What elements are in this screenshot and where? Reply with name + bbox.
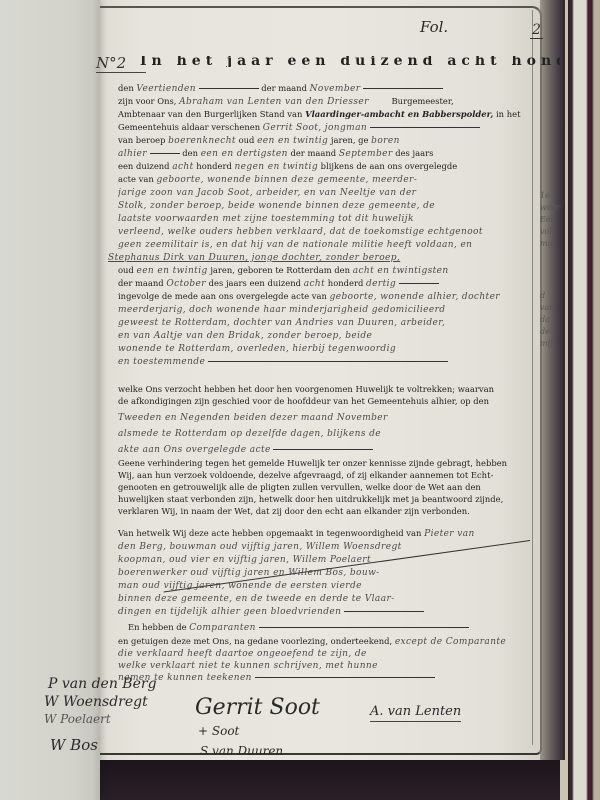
handwritten-text: November: [310, 84, 361, 94]
act-line-9: jarige zoon van Jacob Soot, arbeider, en…: [118, 187, 538, 199]
act-line-8: acte van geboorte, wonende binnen deze g…: [118, 174, 538, 186]
act-number: N°2: [96, 54, 146, 73]
register-content: Fol. 2 N°2 In het jaar een duizend acht …: [100, 0, 540, 760]
signature-official: A. van Lenten: [370, 704, 461, 722]
handwritten-text: boerenknecht: [168, 136, 236, 146]
print-text: Gemeentehuis aldaar verschenen: [118, 122, 260, 132]
handwritten-text: jarige zoon van Jacob Soot, arbeider, en…: [118, 188, 416, 198]
request-line-2: de afkondigingen zijn geschied voor de h…: [118, 396, 538, 407]
handwritten-text: Comparanten: [189, 623, 256, 633]
signature-witness-4: W Bos: [50, 736, 98, 754]
act-line-18: meerderjarig, doch wonende haar minderja…: [118, 304, 538, 316]
print-text: acte van: [118, 174, 154, 184]
signature-witness-1: P van den Berg: [48, 676, 157, 692]
act-line-15: oud een en twintig jaren, geboren te Rot…: [118, 265, 538, 277]
print-text: des jaars: [395, 148, 433, 158]
handwritten-text: binnen deze gemeente, en de tweede en de…: [118, 594, 395, 604]
heading-text: In het jaar een duizend acht honderd een…: [140, 56, 560, 67]
proclamation-line-1: Tweeden en Negenden beiden dezer maand N…: [118, 412, 538, 424]
print-text: des jaars een duizend: [209, 278, 301, 288]
signed-line-5: namen te kunnen teekenen: [118, 672, 538, 684]
act-line-14: Stephanus Dirk van Duuren, jonge dochter…: [108, 252, 528, 264]
handwritten-text: dingen en tijdelijk alhier geen bloedvri…: [118, 607, 341, 617]
handwritten-text: acht: [172, 162, 193, 172]
handwritten-text: akte aan Ons overgelegde acte: [118, 445, 271, 455]
print-text: der maand: [118, 278, 164, 288]
handwritten-text: geboorte, wonende alhier, dochter: [330, 292, 500, 302]
act-line-13: geen zeemilitair is, en dat hij van de n…: [118, 239, 538, 251]
act-line-22: en toestemmende: [118, 356, 538, 368]
print-text: oud: [239, 135, 255, 145]
handwritten-text: Veertienden: [136, 84, 196, 94]
act-line-3: Ambtenaar van den Burgerlijken Stand van…: [118, 109, 538, 120]
print-text: Burgemeester,: [392, 96, 454, 106]
act-line-4: Gemeentehuis aldaar verschenen Gerrit So…: [118, 122, 538, 134]
print-text: ingevolge de mede aan ons overgelegde ac…: [118, 291, 327, 301]
handwritten-text: een en twintig: [257, 136, 328, 146]
act-line-11: laatste voorwaarden met zijne toestemmin…: [118, 213, 538, 225]
witness-line-4: man oud vijftig jaren, wonende de eerste…: [118, 580, 538, 592]
handwritten-text: alsmede te Rotterdam op dezelfde dagen, …: [118, 429, 381, 439]
frame-right: [568, 0, 600, 800]
handwritten-text: meerderjarig, doch wonende haar minderja…: [118, 305, 445, 315]
print-text: Ambtenaar van den Burgerlijken Stand van: [118, 109, 302, 119]
act-line-17: ingevolge de mede aan ons overgelegde ac…: [118, 291, 538, 303]
handwritten-text: die verklaard heeft daartoe ongeoefend t…: [118, 649, 367, 659]
act-line-19: geweest te Rotterdam, dochter van Andrie…: [118, 317, 538, 329]
proclamation-line-2: alsmede te Rotterdam op dezelfde dagen, …: [118, 428, 538, 440]
margin-note-1: 1e woor Eel volk mij: [540, 190, 560, 250]
print-text: der maand: [261, 83, 307, 93]
signed-line-3: die verklaard heeft daartoe ongeoefend t…: [118, 648, 538, 660]
print-text: zijn voor Ons,: [118, 96, 176, 106]
witness-line-3: boerenwerker oud vijftig jaren en Willem…: [118, 567, 538, 579]
print-text: den: [118, 83, 134, 93]
act-line-1: den Veertienden der maand November: [118, 83, 538, 95]
declaration-line-2: Wij, aan hun verzoek voldoende, dezelve …: [118, 470, 538, 481]
folio-label: Fol.: [420, 18, 448, 36]
print-text: blijkens de aan ons overgelegde: [321, 161, 457, 171]
handwritten-text: negen en twintig: [234, 162, 318, 172]
handwritten-text: een en twintig: [136, 266, 207, 276]
handwritten-text: geen zeemilitair is, en dat hij van de n…: [118, 240, 472, 250]
act-line-20: en van Aaltje van den Bridak, zonder ber…: [118, 330, 538, 342]
print-text: een duizend: [118, 161, 170, 171]
print-text: honderd: [196, 161, 232, 171]
handwritten-text: dertig: [366, 279, 396, 289]
signature-groom: Gerrit Soot: [195, 695, 320, 720]
act-line-10: Stolk, zonder beroep, beide wonende binn…: [118, 200, 538, 212]
print-text: in het: [496, 109, 520, 119]
handwritten-text: Stolk, zonder beroep, beide wonende binn…: [118, 201, 435, 211]
handwritten-text: Abraham van Lenten van den Driesser: [179, 97, 369, 107]
margin-note-2: d van da de mij: [540, 290, 554, 350]
declaration-line-4: huwelijken staat verbonden zijn, hetwelk…: [118, 494, 538, 505]
handwritten-text: acht en twintigsten: [353, 266, 449, 276]
heading: In het jaar een duizend acht honderd een…: [140, 56, 560, 67]
print-text: jaren, ge: [331, 135, 369, 145]
handwritten-text: October: [166, 279, 206, 289]
print-text: Vlaardinger-ambacht en Babberspolder,: [305, 109, 493, 119]
handwritten-text: laatste voorwaarden met zijne toestemmin…: [118, 214, 414, 224]
folio-number: 2: [530, 22, 543, 39]
act-line-21: wonende te Rotterdam, overleden, hierbij…: [118, 343, 538, 355]
handwritten-text: verleend, welke ouders hebben verklaard,…: [118, 227, 483, 237]
declaration-line-1: Geene verhindering tegen het gemelde Huw…: [118, 458, 538, 469]
act-line-12: verleend, welke ouders hebben verklaard,…: [118, 226, 538, 238]
handwritten-text: en van Aaltje van den Bridak, zonder ber…: [118, 331, 372, 341]
print-text: En hebben de: [128, 622, 187, 632]
act-line-5: van beroep boerenknecht oud een en twint…: [118, 135, 538, 147]
signature-witness-2: W Woensdregt: [44, 694, 148, 710]
act-line-6: alhier den een en dertigsten der maand S…: [118, 148, 538, 160]
print-text: en getuigen deze met Ons, na gedane voor…: [118, 636, 392, 646]
handwritten-text: except de Comparante: [395, 637, 506, 647]
declaration-line-3: genooten en getrouwelijk alle de pligten…: [118, 482, 538, 493]
print-text: honderd: [328, 278, 364, 288]
print-text: van beroep: [118, 135, 165, 145]
handwritten-text: acht: [304, 279, 325, 289]
witness-line-0: Van hetwelk Wij deze acte hebben opgemaa…: [118, 528, 538, 540]
page-edge: [540, 0, 565, 760]
handwritten-text: en toestemmende: [118, 357, 205, 367]
handwritten-text: alhier: [118, 149, 147, 159]
handwritten-text: koopman, oud vier en vijftig jaren, Will…: [118, 555, 371, 565]
signature-bride: S van Duuren: [200, 744, 283, 758]
act-line-16: der maand October des jaars een duizend …: [118, 278, 538, 290]
handwritten-text: een en dertigsten: [201, 149, 288, 159]
signed-line-4: welke verklaart niet te kunnen schrijven…: [118, 660, 538, 672]
witness-line-2: koopman, oud vier en vijftig jaren, Will…: [118, 554, 538, 566]
handwritten-text: Tweeden en Negenden beiden dezer maand N…: [118, 413, 388, 423]
handwritten-text: Gerrit Soot, jongman: [263, 123, 367, 133]
handwritten-text: geboorte, wonende binnen deze gemeente, …: [156, 175, 417, 185]
witness-line-6: dingen en tijdelijk alhier geen bloedvri…: [118, 606, 538, 618]
declaration-line-5: verklaren Wij, in naam der Wet, dat zij …: [118, 506, 538, 517]
signed-line-1: En hebben de Comparanten: [118, 622, 538, 634]
act-line-2: zijn voor Ons, Abraham van Lenten van de…: [118, 96, 538, 108]
act-line-7: een duizend acht honderd negen en twinti…: [118, 161, 538, 173]
witness-line-5: binnen deze gemeente, en de tweede en de…: [118, 593, 538, 605]
print-text: Van hetwelk Wij deze acte hebben opgemaa…: [118, 528, 421, 538]
print-text: oud: [118, 265, 134, 275]
witness-line-1: den Berg, bouwman oud vijftig jaren, Wil…: [118, 541, 538, 553]
print-text: der maand: [290, 148, 336, 158]
print-text: den: [182, 148, 198, 158]
print-text: jaren, geboren te Rotterdam den: [210, 265, 350, 275]
handwritten-text: geweest te Rotterdam, dochter van Andrie…: [118, 318, 445, 328]
signature-mark: + Soot: [198, 724, 239, 738]
handwritten-text: September: [339, 149, 393, 159]
handwritten-text: man oud vijftig jaren, wonende de eerste…: [118, 581, 362, 591]
handwritten-text: welke verklaart niet te kunnen schrijven…: [118, 661, 378, 671]
handwritten-text: boerenwerker oud vijftig jaren en Willem…: [118, 568, 380, 578]
handwritten-text: Stephanus Dirk van Duuren, jonge dochter…: [108, 253, 400, 263]
proclamation-line-3: akte aan Ons overgelegde acte: [118, 444, 538, 456]
handwritten-text: Pieter van: [424, 529, 475, 539]
handwritten-text: den Berg, bouwman oud vijftig jaren, Wil…: [118, 542, 402, 552]
handwritten-text: boren: [371, 136, 400, 146]
signed-line-2: en getuigen deze met Ons, na gedane voor…: [118, 636, 538, 648]
request-line-1: welke Ons verzocht hebben het door hen v…: [118, 384, 538, 395]
handwritten-text: wonende te Rotterdam, overleden, hierbij…: [118, 344, 396, 354]
signature-witness-3: W Poelaert: [44, 712, 111, 726]
